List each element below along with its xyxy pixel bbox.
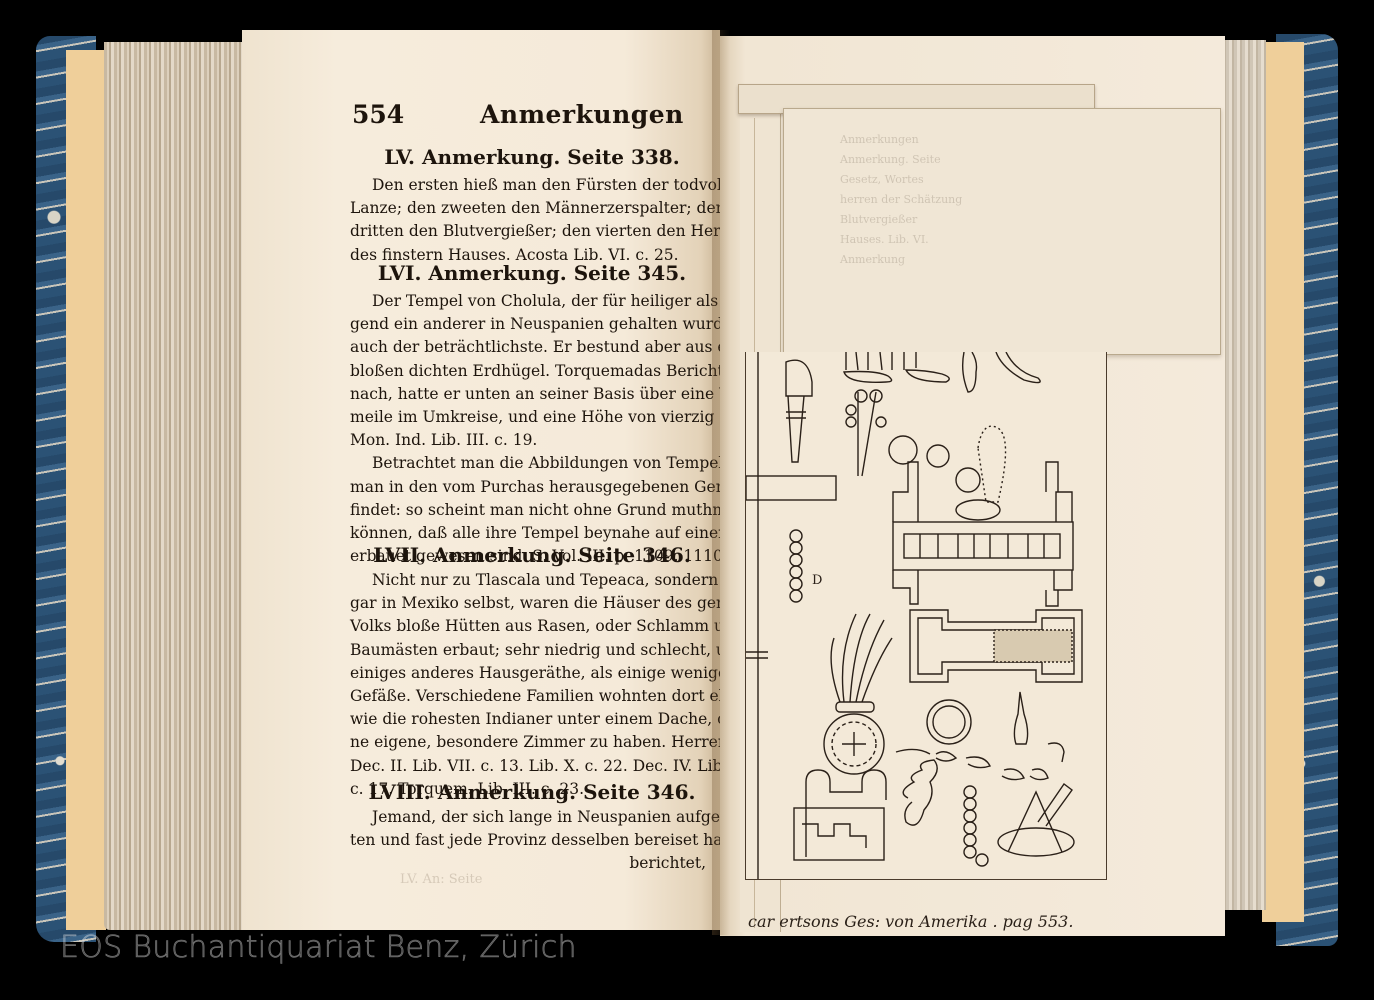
text-line: Den ersten hieß man den Fürsten der todv… (350, 174, 706, 197)
watermark: EOS Buchantiquariat Benz, Zürich (60, 930, 577, 965)
text-line: einiges anderes Hausgeräthe, als einige … (350, 662, 706, 685)
text-line: nach, hatte er unten an seiner Basis übe… (350, 383, 706, 406)
plate-label-d: D (812, 573, 822, 588)
text-line: Betrachtet man die Abbildungen von Tempe… (350, 452, 706, 475)
show-through-text: Anmerkungen Anmerkung. Seite Gesetz, Wor… (840, 130, 962, 270)
text-line: bloßen dichten Erdhügel. Torquemadas Ber… (350, 360, 706, 383)
text-line: können, daß alle ihre Tempel beynahe auf… (350, 522, 706, 545)
running-head-title: Anmerkungen (480, 100, 684, 129)
text-line: gar in Mexiko selbst, waren die Häuser d… (350, 592, 706, 615)
endpaper-left (66, 50, 106, 930)
feathered-shield-glyph-icon (824, 614, 892, 774)
note-body-lvi: Der Tempel von Cholula, der für heiliger… (350, 290, 706, 568)
temple-plan-glyph-icon (910, 610, 1082, 682)
page-block-right (1218, 40, 1266, 910)
plate-caption: car ertsons Ges: von Amerika . pag 553. (748, 912, 1073, 931)
footprints-glyph-icon (896, 743, 1064, 780)
house-glyph-icon (794, 770, 886, 860)
bleed-through-text: LV. An: Seite (400, 872, 482, 887)
feet-figures-icon (844, 352, 1040, 392)
bead-chain-glyph-icon (964, 786, 988, 866)
gutter-shadow (712, 30, 730, 935)
text-line: findet: so scheint man nicht ohne Grund … (350, 499, 706, 522)
note-heading-lvii: LVII. Anmerkung. Seite 346. (352, 543, 712, 567)
pillar-glyph-icon (746, 360, 836, 500)
shell-glyph-icon (927, 445, 949, 467)
text-line: wie die rohesten Indianer unter einem Da… (350, 708, 706, 731)
serpent-glyph-icon (903, 760, 937, 825)
text-line: auch der beträchtlichste. Er bestund abe… (350, 336, 706, 359)
page-number: 554 (352, 100, 404, 129)
note-body-lvii: Nicht nur zu Tlascala und Tepeaca, sonde… (350, 569, 706, 801)
text-line: Baumästen erbaut; sehr niedrig und schle… (350, 639, 706, 662)
note-heading-lviii: LVIII. Anmerkung. Seite 346. (352, 780, 712, 804)
knot-glyph-icon (998, 784, 1074, 856)
text-line: Gefäße. Verschiedene Familien wohnten do… (350, 685, 706, 708)
text-line: man in den vom Purchas herausgegebenen G… (350, 476, 706, 499)
note-heading-lv: LV. Anmerkung. Seite 338. (352, 145, 712, 169)
pictograph-engravings: D (746, 352, 1106, 879)
ball-glyph-icon (889, 436, 917, 464)
spindle-glyph-icon (1014, 692, 1027, 744)
note-heading-lvi: LVI. Anmerkung. Seite 345. (352, 261, 712, 285)
endpaper-right (1262, 42, 1304, 922)
text-line: Lanze; den zweeten den Männerzerspalter;… (350, 197, 706, 220)
page-block-left (104, 42, 244, 930)
text-line: Nicht nur zu Tlascala und Tepeaca, sonde… (350, 569, 706, 592)
note-body-lv: Den ersten hieß man den Fürsten der todv… (350, 174, 706, 267)
text-line: ten und fast jede Provinz desselben bere… (350, 829, 706, 852)
text-line: Dec. II. Lib. VII. c. 13. Lib. X. c. 22.… (350, 755, 706, 778)
sticks-glyph-icon (846, 390, 886, 476)
text-line: gend ein anderer in Neuspanien gehalten … (350, 313, 706, 336)
cactus-glyph-icon (978, 426, 1006, 502)
text-line: Volks bloße Hütten aus Rasen, oder Schla… (350, 615, 706, 638)
text-line: dritten den Blutvergießer; den vierten d… (350, 220, 706, 243)
text-line: meile im Umkreise, und eine Höhe von vie… (350, 406, 706, 429)
engraved-plate: D (745, 352, 1107, 880)
text-line: Jemand, der sich lange in Neuspanien auf… (350, 806, 706, 829)
snail-glyph-icon (956, 468, 980, 492)
text-line: Mon. Ind. Lib. III. c. 19. (350, 429, 706, 452)
text-line: Der Tempel von Cholula, der für heiliger… (350, 290, 706, 313)
text-line: ne eigene, besondere Zimmer zu haben. He… (350, 731, 706, 754)
beads-glyph-icon (790, 530, 802, 602)
note-body-lviii: Jemand, der sich lange in Neuspanien auf… (350, 806, 706, 876)
running-head: 554 Anmerkungen (352, 100, 712, 134)
